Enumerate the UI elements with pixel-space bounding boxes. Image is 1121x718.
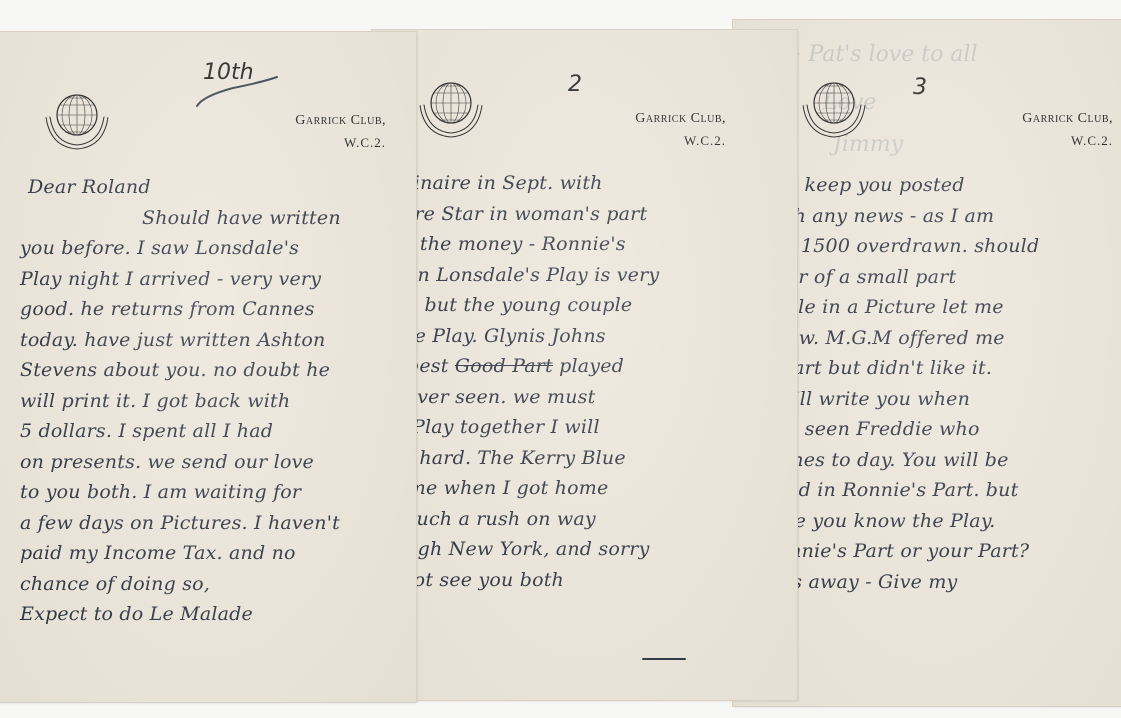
letter-line: paid my Income Tax. and no [20, 538, 341, 569]
club-postcode: W.C.2. [1022, 133, 1113, 149]
letter-line: Should have written [142, 203, 341, 234]
letter-page-1: 10th Garrick Club, W.C.2. Dear Roland Sh… [0, 32, 416, 702]
letter-line: Play night I arrived - very very [20, 264, 341, 295]
globe-emblem-icon [38, 87, 116, 153]
letter-line: I will write you when [763, 384, 1039, 415]
letter-body: Dear Roland Should have written you befo… [20, 172, 341, 630]
closing-dash [642, 658, 686, 660]
letter-line: a part but didn't like it. [763, 353, 1039, 384]
club-postcode: W.C.2. [295, 135, 386, 151]
letter-line: will print it. I got back with [20, 386, 341, 417]
globe-emblem-icon [795, 75, 873, 141]
letter-line: the 1500 overdrawn. should [763, 231, 1039, 262]
letter-line: good in Ronnie's Part. but [763, 475, 1039, 506]
letter-line: I've seen Freddie who [763, 414, 1039, 445]
letter-line: he's away - Give my [763, 567, 1039, 598]
letterhead: Garrick Club, W.C.2. [295, 113, 386, 151]
letter-line: a few days on Pictures. I haven't [20, 508, 341, 539]
letter-line: sure you know the Play. [763, 506, 1039, 537]
letter-line: while in a Picture let me [763, 292, 1039, 323]
letter-line: on presents. we send our love [20, 447, 341, 478]
club-name: Garrick Club, [295, 113, 386, 129]
pen-flourish-icon [193, 74, 283, 109]
letter-line: you before. I saw Lonsdale's [20, 233, 341, 264]
letterhead: Garrick Club, W.C.2. [635, 111, 726, 149]
letter-line: Stevens about you. no doubt he [20, 355, 341, 386]
club-name: Garrick Club, [635, 111, 726, 127]
letter-line: will keep you posted [763, 170, 1039, 201]
struck-out-text: Good Part [455, 355, 553, 377]
letter-line: today. have just written Ashton [20, 325, 341, 356]
salutation: Dear Roland [28, 172, 341, 203]
club-name: Garrick Club, [1022, 111, 1113, 127]
club-postcode: W.C.2. [635, 133, 726, 149]
letter-line: with any news - as I am [763, 201, 1039, 232]
letter-line: good. he returns from Cannes [20, 294, 341, 325]
letter-line: Expect to do Le Malade [20, 599, 341, 630]
letter-line: chance of doing so, [20, 569, 341, 600]
letter-line: hear of a small part [763, 262, 1039, 293]
globe-emblem-icon [412, 75, 490, 141]
letterhead: Garrick Club, W.C.2. [1022, 111, 1113, 149]
letter-text: played [559, 355, 624, 377]
letter-line: 5 dollars. I spent all I had [20, 416, 341, 447]
letter-body: will keep you posted with any news - as … [763, 170, 1039, 597]
page-number: 2 [568, 72, 582, 97]
letter-line: to you both. I am waiting for [20, 477, 341, 508]
letter-line: know. M.G.M offered me [763, 323, 1039, 354]
letter-page-2: 2 Garrick Club, W.C.2. Imaginaire in Sep… [372, 30, 797, 700]
page-number: 3 [913, 75, 927, 100]
letter-line: comes to day. You will be [763, 445, 1039, 476]
bleed-through-text: + Pat's love to all [783, 42, 978, 67]
letter-line: Ronnie's Part or your Part? [763, 536, 1039, 567]
